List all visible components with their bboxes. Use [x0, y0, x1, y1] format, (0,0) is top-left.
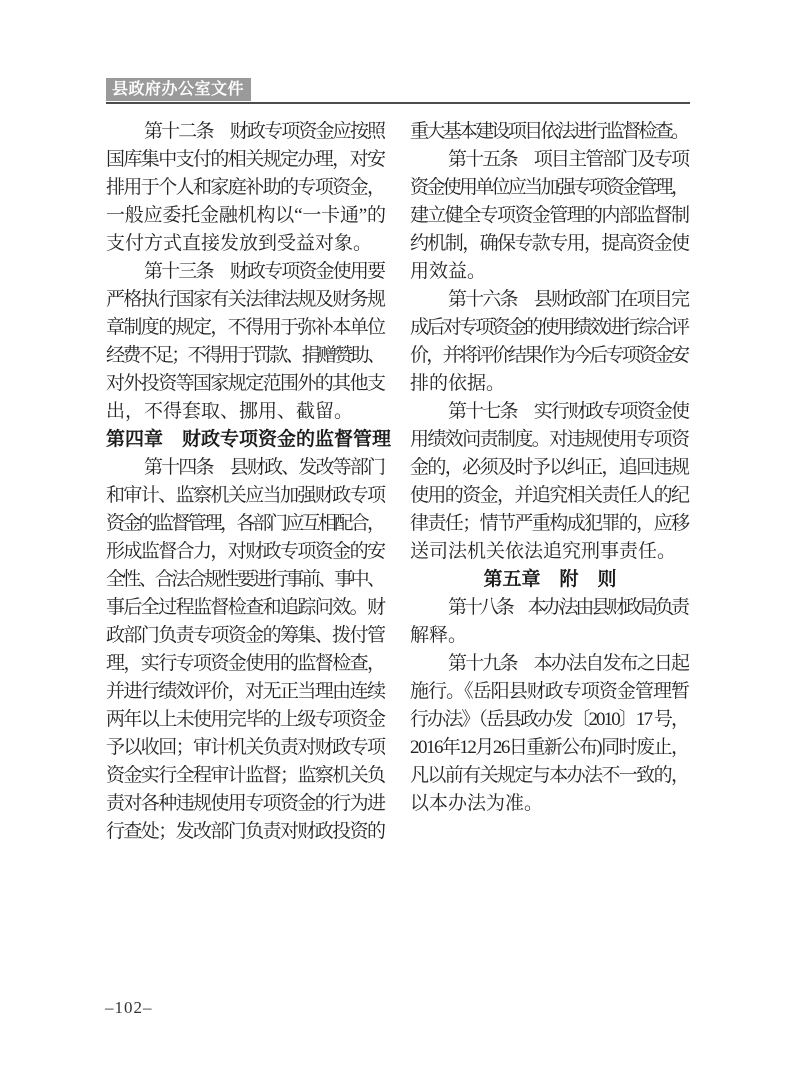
- text-line: 严格执行国家有关法律法规及财务规: [106, 286, 386, 314]
- text-line: 资金使用单位应当加强专项资金管理，: [410, 174, 690, 202]
- text-line: 两年以上未使用完毕的上级专项资金: [106, 706, 386, 734]
- header-rule: [106, 102, 690, 104]
- text-line: 第十六条 县财政部门在项目完: [410, 286, 690, 314]
- text-line: 建立健全专项资金管理的内部监督制: [410, 202, 690, 230]
- text-line: 第十八条 本办法由县财政局负责: [410, 594, 690, 622]
- text-line: 资金实行全程审计监督；监察机关负: [106, 762, 386, 790]
- text-line: 以本办法为准。: [410, 790, 690, 818]
- text-line: 并进行绩效评价，对无正当理由连续: [106, 678, 386, 706]
- text-line: 经费不足；不得用于罚款、捐赠赞助、: [106, 342, 386, 370]
- document-header: 县政府办公室文件: [106, 78, 690, 104]
- text-line: 第十二条 财政专项资金应按照: [106, 118, 386, 146]
- text-line: 用效益。: [410, 258, 690, 286]
- text-line: 责对各种违规使用专项资金的行为进: [106, 790, 386, 818]
- text-line: 第十九条 本办法自发布之日起: [410, 650, 690, 678]
- text-line: 和审计、监察机关应当加强财政专项: [106, 482, 386, 510]
- text-line: 行查处；发改部门负责对财政投资的: [106, 818, 386, 846]
- text-line: 排的依据。: [410, 370, 690, 398]
- text-line: 对外投资等国家规定范围外的其他支: [106, 370, 386, 398]
- text-line: 国库集中支付的相关规定办理，对安: [106, 146, 386, 174]
- text-line: 律责任；情节严重构成犯罪的，应移: [410, 510, 690, 538]
- chapter-heading: 第五章 附 则: [410, 566, 690, 594]
- text-line: 行办法》（岳县政办发〔2010〕17 号，: [410, 706, 690, 734]
- text-line: 第十七条 实行财政专项资金使: [410, 398, 690, 426]
- text-line: 一般应委托金融机构以“一卡通”的: [106, 202, 386, 230]
- text-line: 全性、合法合规性要进行事前、事中、: [106, 566, 386, 594]
- text-line: 约机制，确保专款专用，提高资金使: [410, 230, 690, 258]
- text-line: 政部门负责专项资金的筹集、拨付管: [106, 622, 386, 650]
- header-tag-label: 县政府办公室文件: [106, 78, 251, 101]
- chapter-heading: 第四章 财政专项资金的监督管理: [106, 426, 386, 454]
- text-line: 出，不得套取、挪用、截留。: [106, 398, 386, 426]
- text-line: 予以收回；审计机关负责对财政专项: [106, 734, 386, 762]
- text-line: 第十五条 项目主管部门及专项: [410, 146, 690, 174]
- text-line: 成后对专项资金的使用绩效进行综合评: [410, 314, 690, 342]
- text-line: 支付方式直接发放到受益对象。: [106, 230, 386, 258]
- text-line: 第十四条 县财政、发改等部门: [106, 454, 386, 482]
- text-line: 解释。: [410, 622, 690, 650]
- text-line: 2016年12月26日重新公布)同时废止，: [410, 734, 690, 762]
- text-line: 用绩效问责制度。对违规使用专项资: [410, 426, 690, 454]
- text-line: 形成监督合力，对财政专项资金的安: [106, 538, 386, 566]
- text-line: 理，实行专项资金使用的监督检查，: [106, 650, 386, 678]
- text-line: 章制度的规定，不得用于弥补本单位: [106, 314, 386, 342]
- text-line: 排用于个人和家庭补助的专项资金，: [106, 174, 386, 202]
- text-line: 价，并将评价结果作为今后专项资金安: [410, 342, 690, 370]
- document-page: 县政府办公室文件 第十二条 财政专项资金应按照国库集中支付的相关规定办理，对安排…: [0, 0, 793, 1077]
- text-line: 第十三条 财政专项资金使用要: [106, 258, 386, 286]
- text-line: 送司法机关依法追究刑事责任。: [410, 538, 690, 566]
- text-line: 资金的监督管理，各部门应互相配合，: [106, 510, 386, 538]
- left-column: 第十二条 财政专项资金应按照国库集中支付的相关规定办理，对安排用于个人和家庭补助…: [106, 118, 386, 846]
- text-line: 施行。《岳阳县财政专项资金管理暂: [410, 678, 690, 706]
- text-line: 金的，必须及时予以纠正，追回违规: [410, 454, 690, 482]
- two-column-body: 第十二条 财政专项资金应按照国库集中支付的相关规定办理，对安排用于个人和家庭补助…: [106, 118, 690, 846]
- page-number: –102–: [105, 998, 153, 1018]
- text-line: 重大基本建设项目依法进行监督检查。: [410, 118, 690, 146]
- text-line: 事后全过程监督检查和追踪问效。财: [106, 594, 386, 622]
- text-line: 凡以前有关规定与本办法不一致的，: [410, 762, 690, 790]
- text-line: 使用的资金，并追究相关责任人的纪: [410, 482, 690, 510]
- right-column: 重大基本建设项目依法进行监督检查。第十五条 项目主管部门及专项资金使用单位应当加…: [410, 118, 690, 846]
